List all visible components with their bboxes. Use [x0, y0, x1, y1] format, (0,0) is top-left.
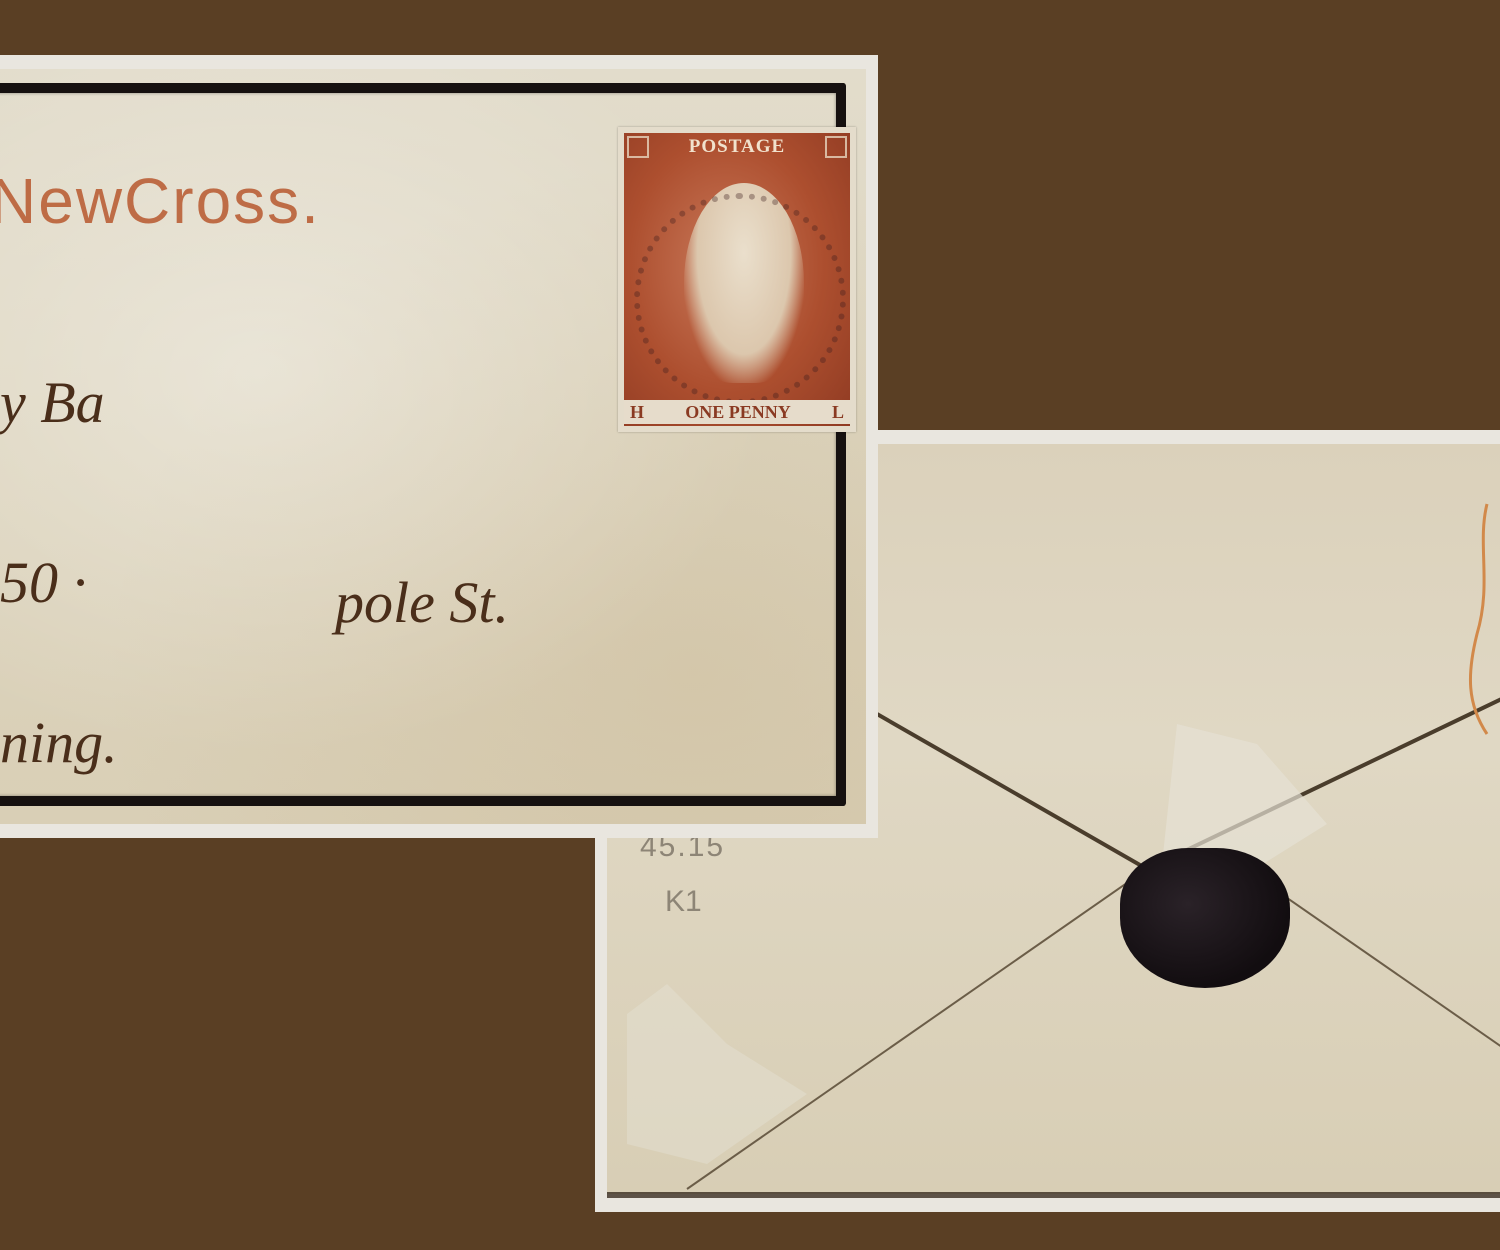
stamp-design: POSTAGE H ONE PENNY L	[624, 133, 850, 426]
wax-seal	[1120, 848, 1290, 988]
envelope-front-paper: NewCross. y Ba 50 · pole St. ning. POSTA…	[0, 69, 866, 824]
address-line-2: 50 ·	[0, 549, 87, 616]
address-line-3: ning.	[0, 709, 118, 776]
envelope-front-photo: NewCross. y Ba 50 · pole St. ning. POSTA…	[0, 55, 878, 838]
red-crayon-mark	[1470, 504, 1487, 734]
envelope-edge-shadow	[607, 1192, 1500, 1198]
address-line-1: y Ba	[0, 369, 105, 436]
stamp-top-text: POSTAGE	[624, 136, 850, 158]
postmark-town-stamp: NewCross.	[0, 164, 321, 238]
address-line-2b: pole St.	[335, 569, 509, 636]
stamp-letter-right: L	[832, 402, 844, 423]
stamp-letter-left: H	[630, 402, 644, 423]
stamp-bottom-text: ONE PENNY	[685, 402, 791, 423]
penny-red-stamp: POSTAGE H ONE PENNY L	[618, 127, 856, 432]
cancellation-mark	[634, 193, 846, 405]
pencil-note-code: K1	[665, 885, 702, 919]
stamp-bottom-band: H ONE PENNY L	[624, 400, 850, 424]
